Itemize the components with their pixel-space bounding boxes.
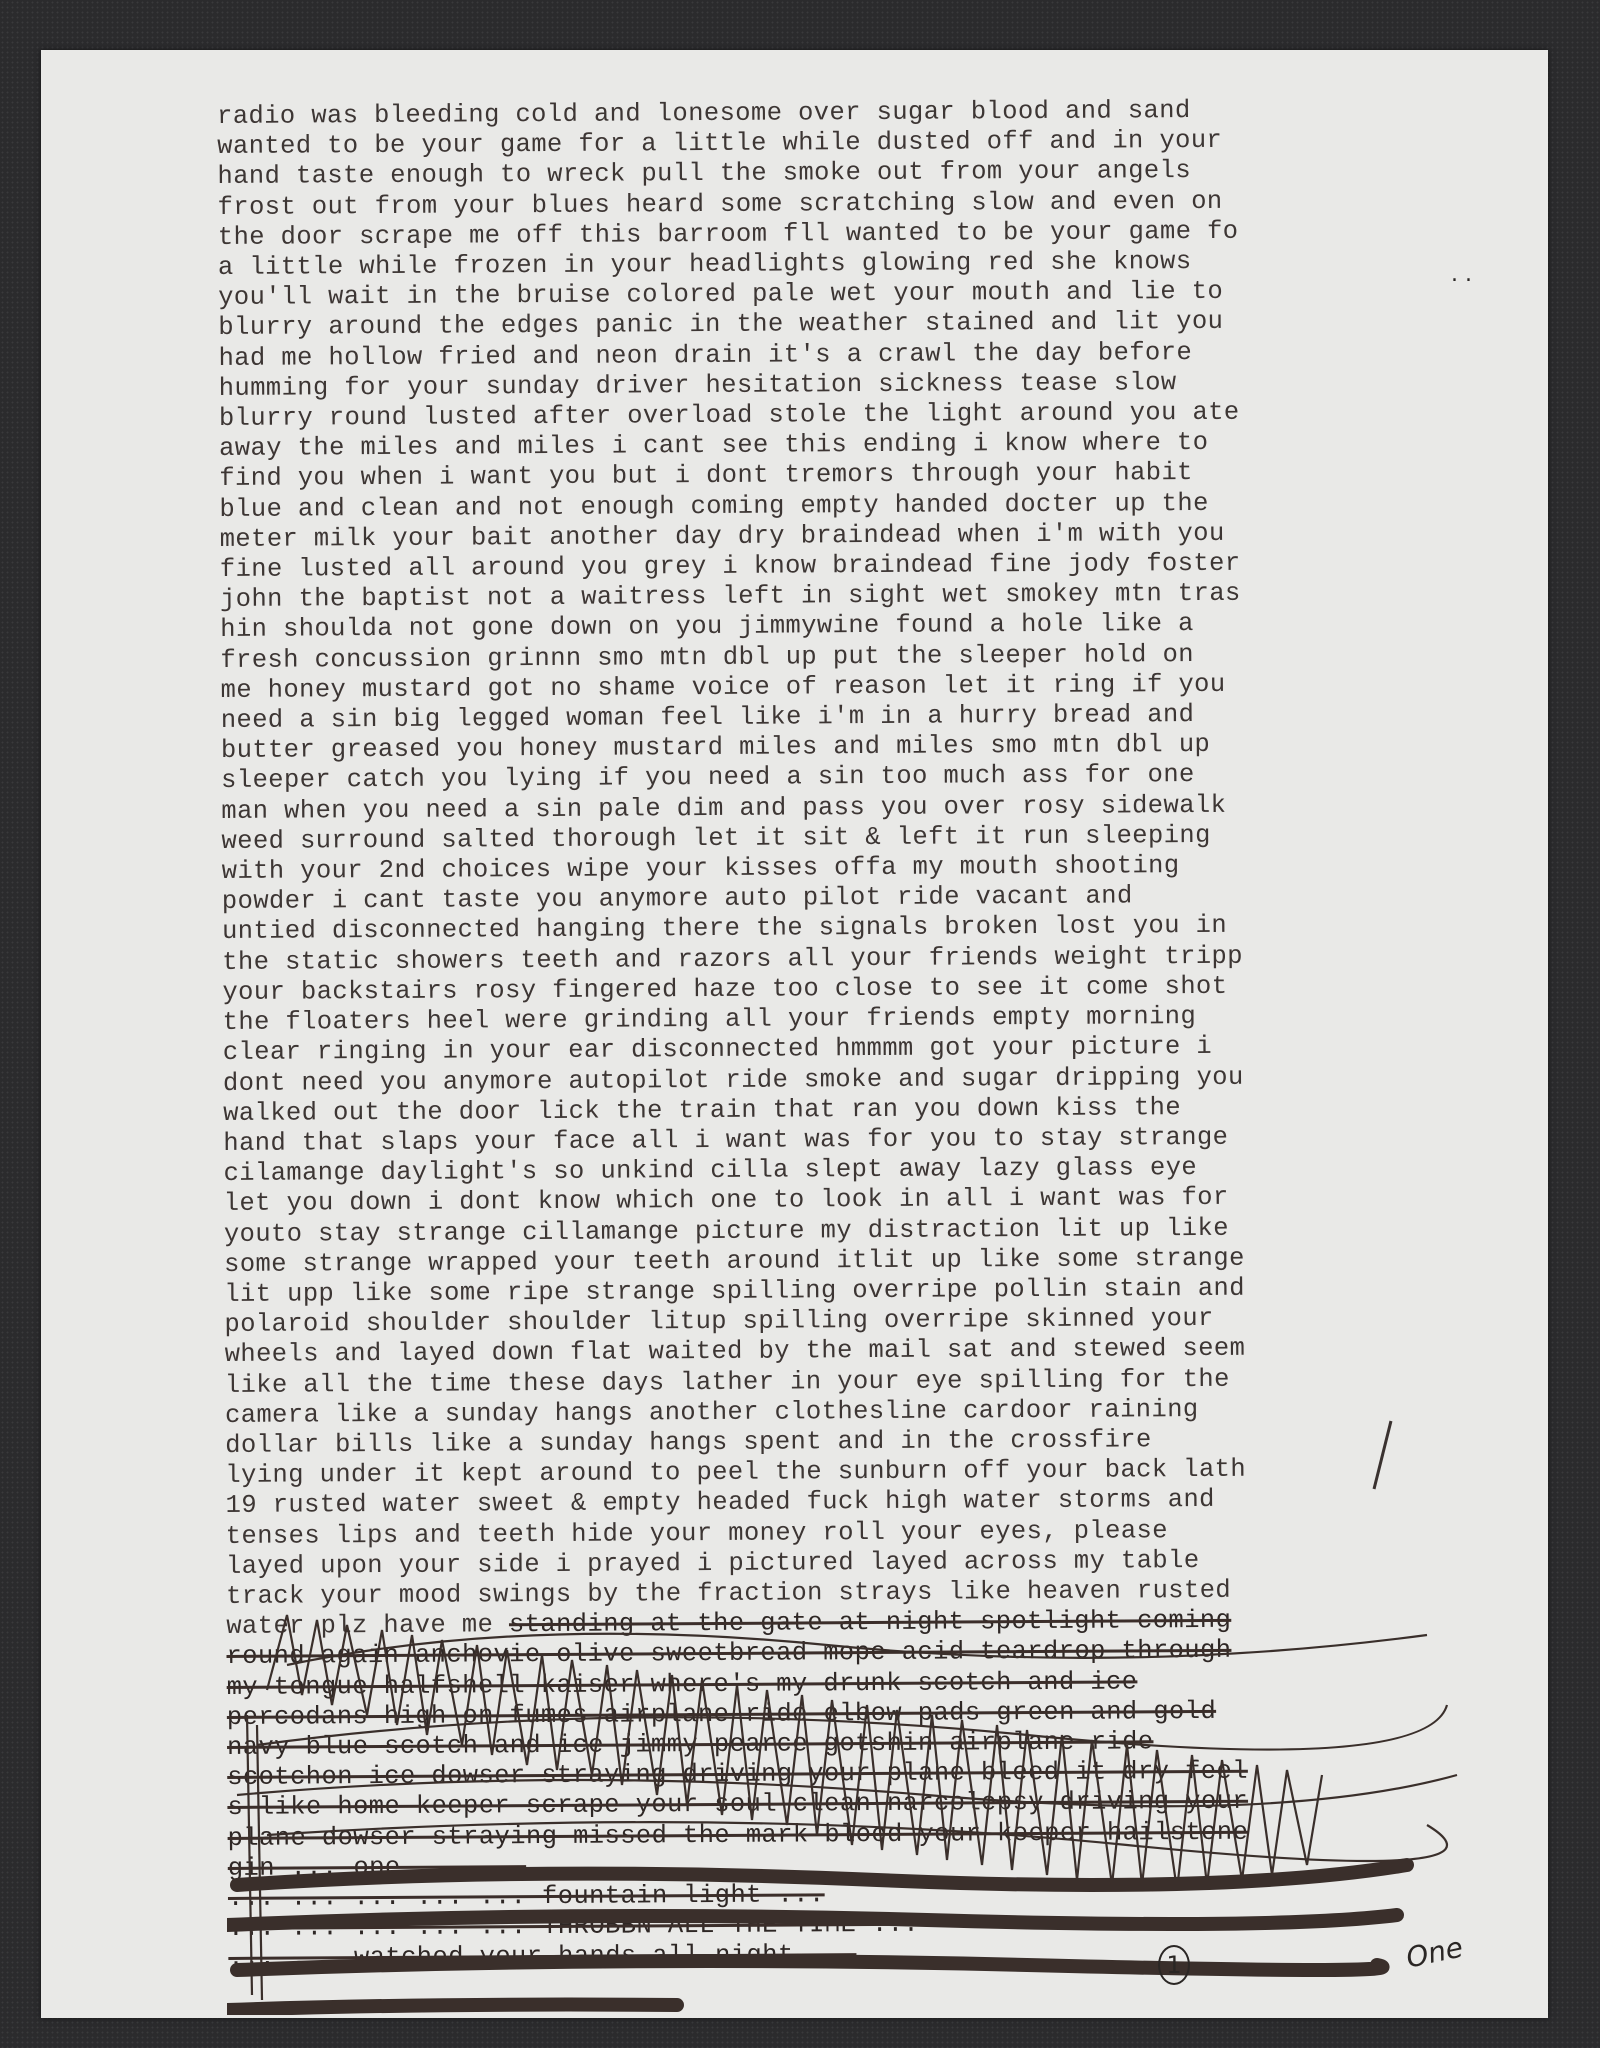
- struck-line: ... ... watched your hands all night - .: [228, 1937, 1428, 1975]
- circled-page-number: 1: [1158, 1945, 1190, 1985]
- text-fragment: water plz have me: [226, 1610, 509, 1641]
- typewritten-text: radio was bleeding cold and lonesome ove…: [217, 95, 1428, 1975]
- margin-dots: . .: [1451, 262, 1472, 287]
- typewritten-page: radio was bleeding cold and lonesome ove…: [41, 50, 1548, 2018]
- struck-fragment: standing at the gate at night spotlight …: [509, 1606, 1231, 1639]
